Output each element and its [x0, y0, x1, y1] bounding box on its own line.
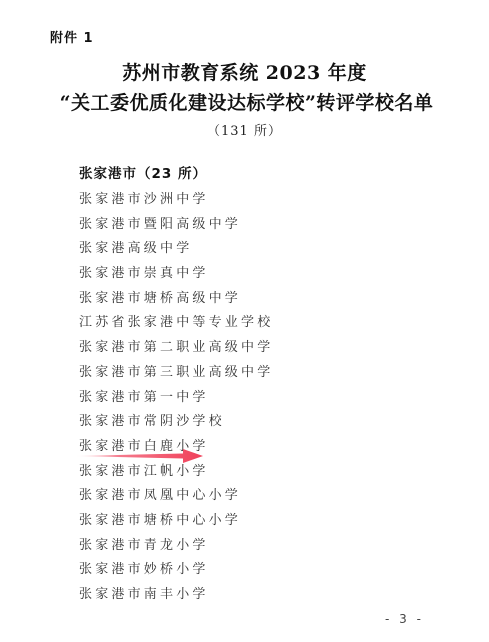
document-title-line2: “关工委优质化建设达标学校”转评学校名单 [0, 88, 489, 115]
attachment-label: 附件 1 [50, 27, 94, 46]
list-item: 张家港市常阴沙学校 [79, 410, 273, 435]
list-item: 张家港市塘桥高级中学 [79, 287, 273, 312]
list-item: 张家港市沙洲中学 [79, 188, 273, 213]
list-item: 张家港市南丰小学 [79, 583, 273, 608]
list-item: 张家港市第二职业高级中学 [79, 336, 273, 361]
list-item: 张家港市暨阳高级中学 [79, 213, 273, 238]
list-item: 张家港市塘桥中心小学 [79, 509, 273, 534]
list-item: 张家港市凤凰中心小学 [79, 484, 273, 509]
section-heading: 张家港市（23 所） [79, 162, 207, 182]
list-item: 张家港市第三职业高级中学 [79, 361, 273, 386]
list-item: 张家港市第一中学 [79, 386, 273, 411]
list-item: 张家港高级中学 [79, 237, 273, 262]
arrow-annotation-icon [75, 448, 205, 464]
document-title-line1: 苏州市教育系统 2023 年度 [0, 58, 489, 85]
list-item: 江苏省张家港中等专业学校 [79, 311, 273, 336]
page-number: - 3 - [385, 612, 424, 626]
list-item: 张家港市青龙小学 [79, 534, 273, 559]
document-page: 附件 1 苏州市教育系统 2023 年度 “关工委优质化建设达标学校”转评学校名… [0, 0, 489, 642]
total-count: （131 所） [0, 120, 489, 139]
list-item: 张家港市崇真中学 [79, 262, 273, 287]
list-item: 张家港市妙桥小学 [79, 558, 273, 583]
school-list: 张家港市沙洲中学 张家港市暨阳高级中学 张家港高级中学 张家港市崇真中学 张家港… [79, 188, 273, 608]
